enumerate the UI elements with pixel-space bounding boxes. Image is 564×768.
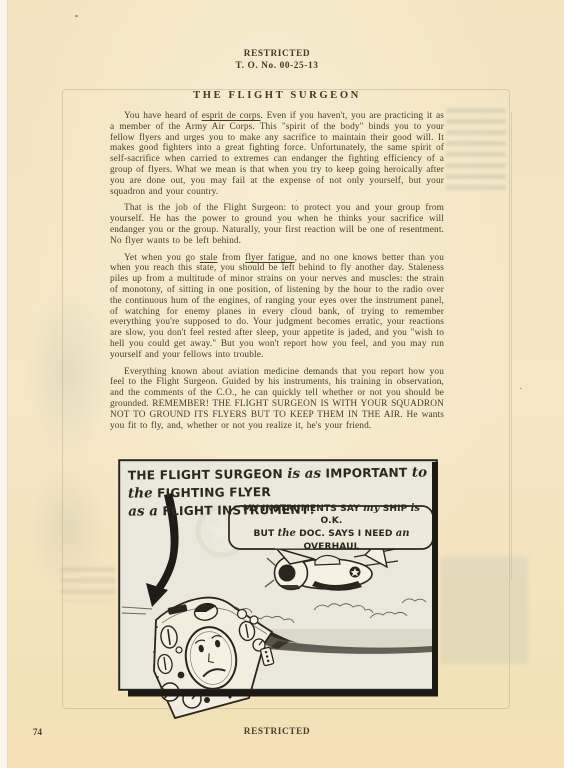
classification-header: RESTRICTED (110, 49, 444, 61)
technical-order-number: T. O. No. 00-25-13 (110, 61, 444, 73)
speech-line-2: BUT the DOC. SAYS I NEED an OVERHAUL (231, 528, 432, 553)
page-edge (0, 0, 8, 768)
box-border-bottom (128, 690, 438, 697)
paragraph-2: That is the job of the Flight Surgeon: t… (110, 203, 444, 246)
cartoon-box: THE FLIGHT SURGEON is as IMPORTANT to th… (118, 459, 438, 692)
page-header: RESTRICTED T. O. No. 00-25-13 (110, 49, 444, 72)
bleedthrough-vertical-line (511, 112, 512, 580)
speck (520, 388, 522, 389)
speech-bubble: MY INSTRUMENTS SAY my SHIP is O.K. BUT t… (231, 508, 432, 548)
speech-line-1: MY INSTRUMENTS SAY my SHIP is O.K. (231, 503, 432, 528)
bleedthrough-shape (28, 465, 106, 590)
classification-footer: RESTRICTED (110, 727, 444, 737)
paragraph-3: Yet when you go stale from flyer fatigue… (110, 253, 444, 361)
paragraph-1: You have heard of esprit de corps. Even … (110, 111, 444, 197)
body-text: You have heard of esprit de corps. Even … (110, 111, 444, 437)
bleedthrough-text (446, 108, 506, 194)
page-title: THE FLIGHT SURGEON (110, 90, 444, 101)
page-number: 74 (33, 727, 42, 737)
paragraph-4: Everything known about aviation medicine… (110, 367, 444, 432)
document-page: RESTRICTED T. O. No. 00-25-13 THE FLIGHT… (0, 0, 564, 768)
speck (75, 15, 78, 17)
scan-artifact (440, 556, 528, 664)
bleedthrough-shape (26, 285, 110, 460)
caption-line-1: THE FLIGHT SURGEON is as IMPORTANT to th… (128, 463, 434, 502)
